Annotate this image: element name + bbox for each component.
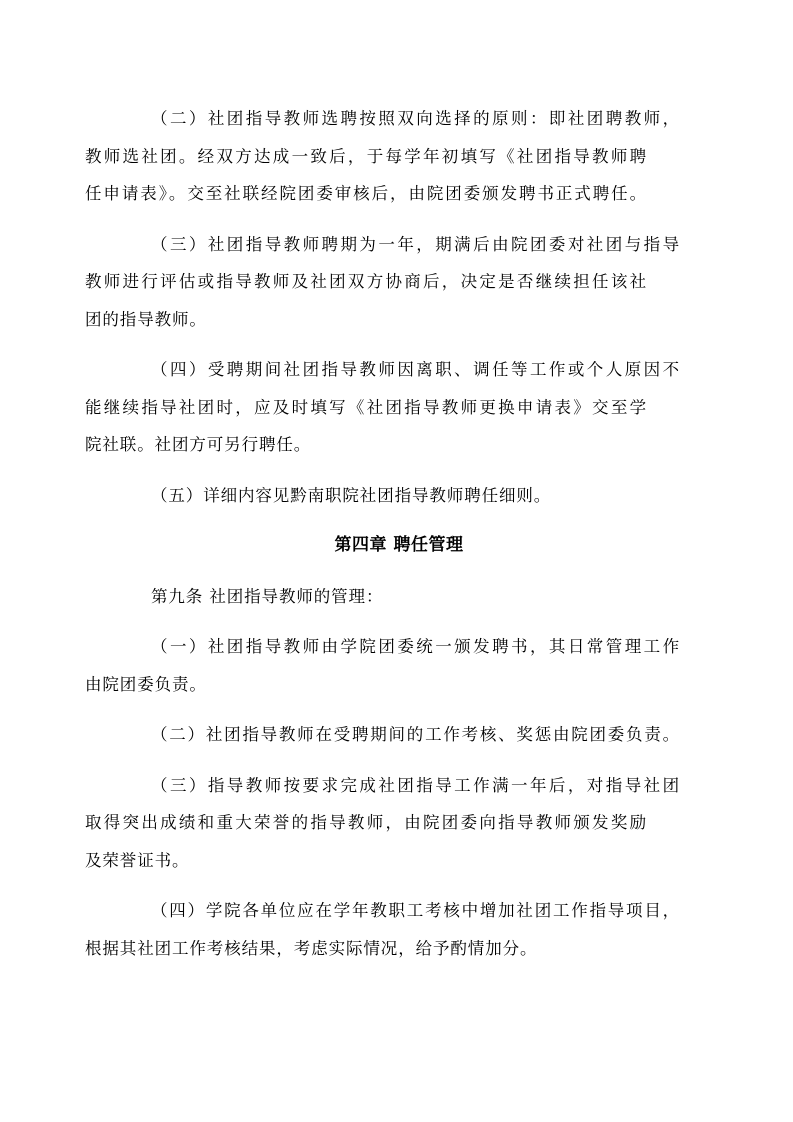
text-line: 第九条 社团指导教师的管理：: [118, 578, 680, 616]
text-line: 能继续指导社团时，应及时填写《社团指导教师更换申请表》交至学: [85, 389, 647, 427]
text-line: 任申请表》。交至社联经院团委审核后，由院团委颁发聘书正式聘任。: [85, 175, 647, 213]
paragraph-item-4-replacement: （四）受聘期间社团指导教师因离职、调任等工作或个人原因不 能继续指导社团时，应及…: [118, 351, 680, 464]
text-line: 取得突出成绩和重大荣誉的指导教师，由院团委向指导教师颁发奖励: [85, 804, 647, 842]
paragraph-item-3-award: （三）指导教师按要求完成社团指导工作满一年后，对指导社团 取得突出成绩和重大荣誉…: [118, 767, 680, 880]
text-line: （三）指导教师按要求完成社团指导工作满一年后，对指导社团: [118, 767, 680, 805]
text-line: （二）社团指导教师选聘按照双向选择的原则：即社团聘教师，: [118, 100, 680, 138]
paragraph-item-5-details: （五）详细内容见黔南职院社团指导教师聘任细则。: [118, 477, 680, 515]
paragraph-item-3-term: （三）社团指导教师聘期为一年，期满后由院团委对社团与指导 教师进行评估或指导教师…: [118, 226, 680, 339]
text-line: （四）受聘期间社团指导教师因离职、调任等工作或个人原因不: [118, 351, 680, 389]
paragraph-item-1-certificate: （一）社团指导教师由学院团委统一颁发聘书，其日常管理工作 由院团委负责。: [118, 628, 680, 703]
text-line: （五）详细内容见黔南职院社团指导教师聘任细则。: [118, 477, 680, 515]
text-line: 教师选社团。经双方达成一致后，于每学年初填写《社团指导教师聘: [85, 138, 647, 176]
chapter-heading: 第四章 聘任管理: [118, 527, 680, 565]
document-page: （二）社团指导教师选聘按照双向选择的原则：即社团聘教师， 教师选社团。经双方达成…: [118, 100, 680, 980]
article-nine-title: 第九条 社团指导教师的管理：: [118, 578, 680, 616]
text-line: 教师进行评估或指导教师及社团双方协商后，决定是否继续担任该社: [85, 263, 647, 301]
text-line: 团的指导教师。: [85, 301, 647, 339]
text-line: （二）社团指导教师在受聘期间的工作考核、奖惩由院团委负责。: [118, 716, 680, 754]
text-line: 由院团委负责。: [85, 666, 647, 704]
text-line: 院社联。社团方可另行聘任。: [85, 426, 647, 464]
text-line: （四）学院各单位应在学年教职工考核中增加社团工作指导项目，: [118, 892, 680, 930]
paragraph-item-4-evaluation: （四）学院各单位应在学年教职工考核中增加社团工作指导项目， 根据其社团工作考核结…: [118, 892, 680, 967]
text-line: 根据其社团工作考核结果，考虑实际情况，给予酌情加分。: [85, 930, 647, 968]
text-line: （一）社团指导教师由学院团委统一颁发聘书，其日常管理工作: [118, 628, 680, 666]
paragraph-item-2-assessment: （二）社团指导教师在受聘期间的工作考核、奖惩由院团委负责。: [118, 716, 680, 754]
paragraph-item-2-selection: （二）社团指导教师选聘按照双向选择的原则：即社团聘教师， 教师选社团。经双方达成…: [118, 100, 680, 213]
text-line: （三）社团指导教师聘期为一年，期满后由院团委对社团与指导: [118, 226, 680, 264]
text-line: 及荣誉证书。: [85, 842, 647, 880]
